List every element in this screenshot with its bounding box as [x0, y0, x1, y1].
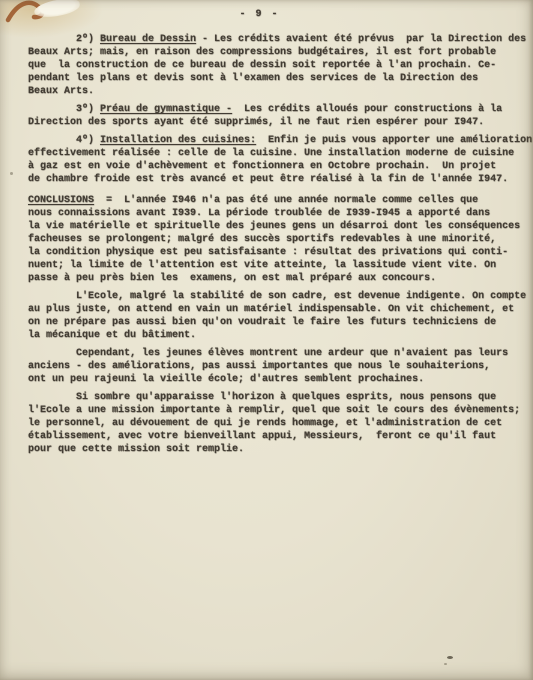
text-line: L'Ecole, malgré la stabilité de son cadr…: [28, 290, 531, 303]
text-line: 2º) Bureau de Dessin - Les crédits avaie…: [28, 33, 531, 46]
text-segment: à gaz est en voie d'achèvement et foncti…: [28, 161, 496, 172]
text-line: pendant les plans et devis sont à l'exam…: [28, 72, 531, 85]
text-segment: Beaux Arts.: [28, 86, 94, 97]
paragraph: 3º) Préau de gymnastique - Les crédits a…: [28, 103, 531, 129]
text-segment: 4º): [28, 135, 100, 146]
text-line: de chambre froide est très avancé et peu…: [28, 173, 531, 186]
text-segment: on ne prépare pas aussi bien qu'on voudr…: [28, 317, 496, 328]
page-number: - 9 -: [0, 8, 531, 21]
paragraph: L'Ecole, malgré la stabilité de son cadr…: [28, 290, 531, 342]
text-line: Beaux Arts; mais, en raison des compress…: [28, 46, 531, 59]
paragraph: 2º) Bureau de Dessin - Les crédits avaie…: [28, 33, 531, 98]
ink-speck: [10, 172, 13, 175]
text-line: anciens - des améliorations, pas aussi i…: [28, 360, 531, 373]
text-line: la condition physique est peu satisfaisa…: [28, 246, 531, 259]
text-segment: ont un peu rajeuni la vieille école; d'a…: [28, 374, 424, 385]
text-line: CONCLUSIONS = L'année I946 n'a pas été u…: [28, 194, 531, 207]
text-segment: nous connaissions avant I939. La période…: [28, 208, 490, 219]
text-line: ont un peu rajeuni la vieille école; d'a…: [28, 373, 531, 386]
text-line: facheuses se prolongent; malgré des succ…: [28, 233, 531, 246]
underlined-heading: Bureau de Dessin: [100, 34, 196, 45]
text-line: Direction des sports ayant été supprimés…: [28, 116, 531, 129]
text-segment: anciens - des améliorations, pas aussi i…: [28, 361, 490, 372]
text-line: à gaz est en voie d'achèvement et foncti…: [28, 160, 531, 173]
text-segment: de chambre froide est très avancé et peu…: [28, 174, 508, 185]
text-segment: la condition physique est peu satisfaisa…: [28, 247, 508, 258]
text-segment: Si sombre qu'apparaisse l'horizon à quel…: [28, 392, 496, 403]
text-line: la mécanique et du bâtiment.: [28, 329, 531, 342]
text-segment: facheuses se prolongent; malgré des succ…: [28, 234, 496, 245]
text-segment: L'Ecole, malgré la stabilité de son cadr…: [28, 291, 526, 302]
text-segment: Cependant, les jeunes élèves montrent un…: [28, 348, 508, 359]
text-segment: que la construction de ce bureau de dess…: [28, 60, 496, 71]
text-line: pour que cette mission soit remplie.: [28, 443, 531, 456]
text-line: 4º) Installation des cuisines: Enfin je …: [28, 134, 531, 147]
text-line: la vie matérielle et spirituelle des jeu…: [28, 220, 531, 233]
text-segment: - Les crédits avaient été prévus par la …: [196, 34, 526, 45]
text-segment: nuent; la limite de l'attention est vite…: [28, 260, 496, 271]
text-line: établissement, avec votre bienveillant a…: [28, 430, 531, 443]
text-segment: Beaux Arts; mais, en raison des compress…: [28, 47, 496, 58]
text-segment: la vie matérielle et spirituelle des jeu…: [28, 221, 520, 232]
text-line: le personnel, au dévouement de qui je re…: [28, 417, 531, 430]
text-line: nuent; la limite de l'attention est vite…: [28, 259, 531, 272]
text-segment: 2º): [28, 34, 100, 45]
text-line: on ne prépare pas aussi bien qu'on voudr…: [28, 316, 531, 329]
text-line: passe à peu près bien les examens, on es…: [28, 272, 531, 285]
underlined-heading: Installation des cuisines:: [100, 135, 256, 146]
text-line: 3º) Préau de gymnastique - Les crédits a…: [28, 103, 531, 116]
text-line: que la construction de ce bureau de dess…: [28, 59, 531, 72]
typewritten-text: - 9 - 2º) Bureau de Dessin - Les crédits…: [28, 8, 531, 461]
underlined-heading: Préau de gymnastique -: [100, 104, 232, 115]
text-line: l'Ecole a une mission importante à rempl…: [28, 404, 531, 417]
paragraph: Si sombre qu'apparaisse l'horizon à quel…: [28, 391, 531, 456]
text-segment: pendant les plans et devis sont à l'exam…: [28, 73, 478, 84]
document-page: - 9 - 2º) Bureau de Dessin - Les crédits…: [0, 0, 533, 680]
text-segment: la mécanique et du bâtiment.: [28, 330, 196, 341]
text-segment: 3º): [28, 104, 100, 115]
paragraph: 4º) Installation des cuisines: Enfin je …: [28, 134, 531, 186]
text-line: Cependant, les jeunes élèves montrent un…: [28, 347, 531, 360]
text-line: Si sombre qu'apparaisse l'horizon à quel…: [28, 391, 531, 404]
ink-speck: [447, 656, 453, 659]
text-segment: = L'année I946 n'a pas été une année nor…: [94, 195, 478, 206]
text-segment: effectivement réalisée : celle de la cui…: [28, 148, 514, 159]
text-segment: l'Ecole a une mission importante à rempl…: [28, 405, 520, 416]
text-line: effectivement réalisée : celle de la cui…: [28, 147, 531, 160]
text-segment: Les crédits alloués pour constructions à…: [232, 104, 502, 115]
text-segment: Direction des sports ayant été supprimés…: [28, 117, 484, 128]
text-segment: passe à peu près bien les examens, on es…: [28, 273, 436, 284]
paragraphs-container: 2º) Bureau de Dessin - Les crédits avaie…: [28, 33, 531, 456]
text-line: Beaux Arts.: [28, 85, 531, 98]
text-segment: Enfin je puis vous apporter une améliora…: [256, 135, 532, 146]
text-line: nous connaissions avant I939. La période…: [28, 207, 531, 220]
text-segment: établissement, avec votre bienveillant a…: [28, 431, 496, 442]
text-segment: pour que cette mission soit remplie.: [28, 444, 244, 455]
underlined-heading: CONCLUSIONS: [28, 195, 94, 206]
text-line: au plus juste, on attend en vain un maté…: [28, 303, 531, 316]
paragraph: Cependant, les jeunes élèves montrent un…: [28, 347, 531, 386]
text-segment: le personnel, au dévouement de qui je re…: [28, 418, 502, 429]
ink-speck: [444, 663, 447, 665]
paragraph: CONCLUSIONS = L'année I946 n'a pas été u…: [28, 194, 531, 285]
text-segment: au plus juste, on attend en vain un maté…: [28, 304, 514, 315]
